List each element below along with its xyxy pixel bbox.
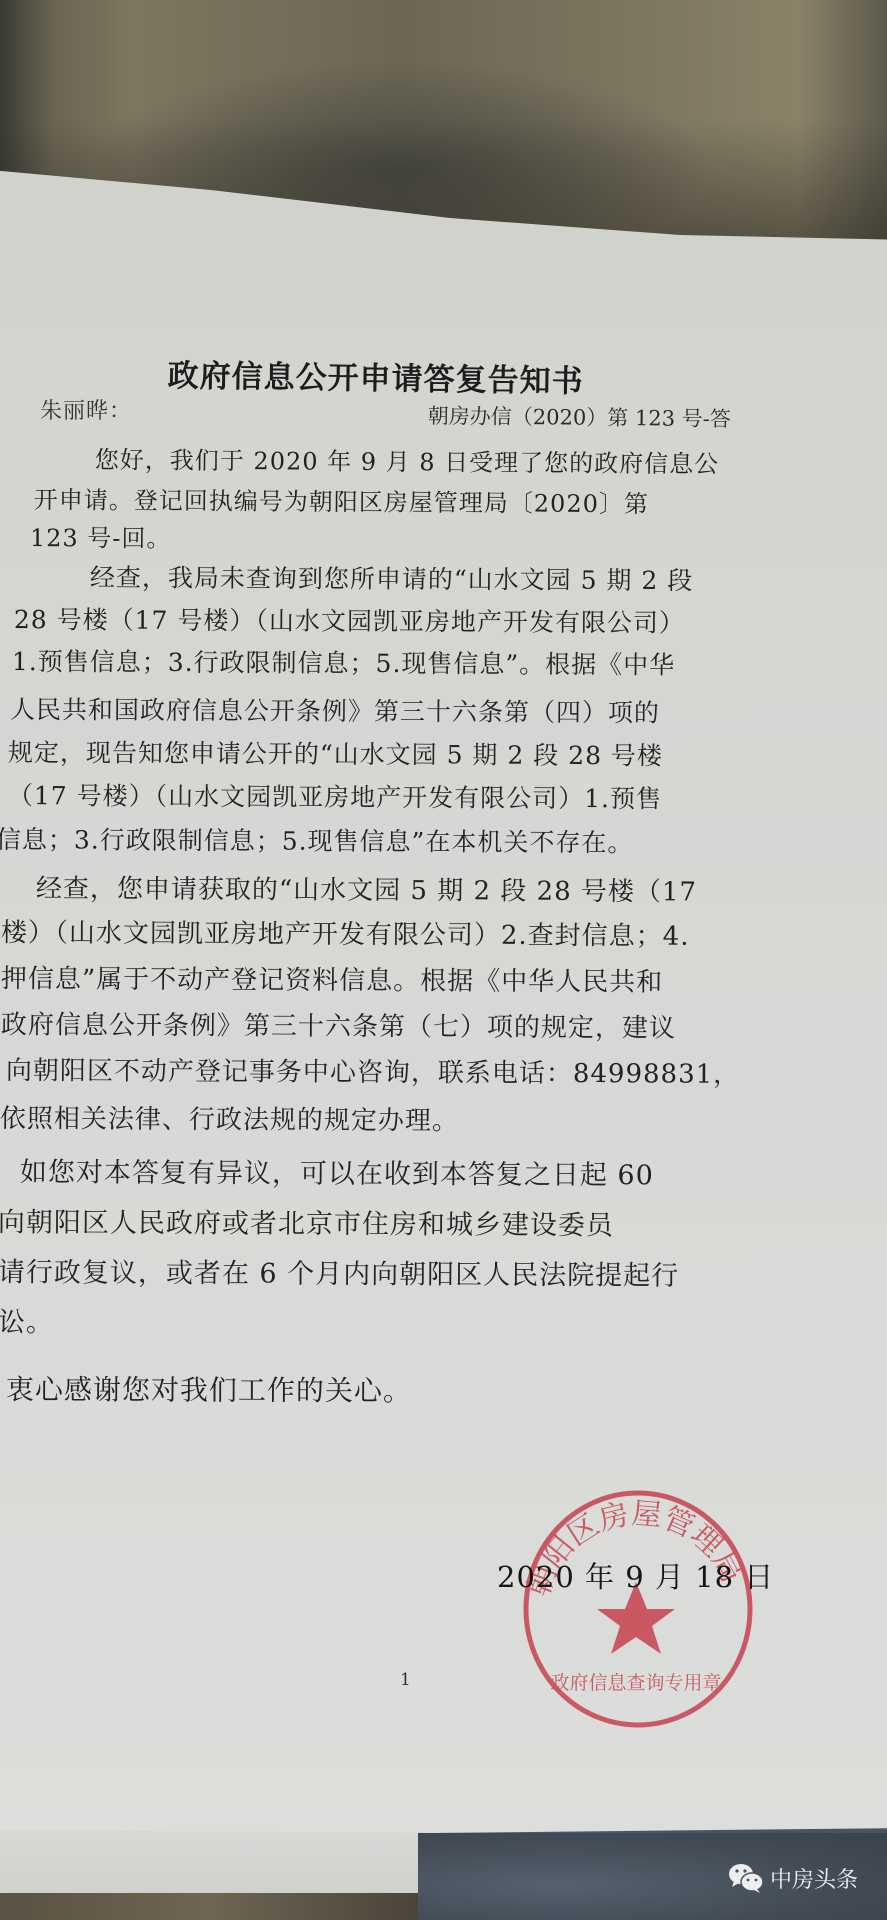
body-line: 1.预售信息；3.行政限制信息；5.现售信息”。根据《中华 <box>12 642 676 681</box>
body-line: 国政府信息公开条例》第三十六条第（七）项的规定，建议 <box>0 1004 676 1045</box>
document-date: 2020 年 9 月 18 日 <box>497 1555 774 1596</box>
seal-bottom-text: 政府信息查询专用章 <box>550 1672 721 1694</box>
body-line: 123 号-回。 <box>30 518 172 554</box>
body-line: 经查，我局未查询到您所申请的“山水文园 5 期 2 段 <box>90 558 694 597</box>
watermark-label: 中房头条 <box>770 1863 858 1894</box>
body-line: 申请行政复议，或者在 6 个月内向朝阳区人民法院提起行 <box>0 1250 679 1293</box>
wechat-icon <box>728 1862 764 1894</box>
body-line: 人民共和国政府信息公开条例》第三十六条第（四）项的 <box>10 690 660 729</box>
body-line: 内向朝阳区人民政府或者北京市住房和城乡建设委员 <box>0 1200 614 1242</box>
body-line: 号楼）（山水文园凯亚房地产开发有限公司）2.查封信息；4. <box>0 912 690 953</box>
body-line: 抵押信息”属于不动产登记资料信息。根据《中华人民共和 <box>0 958 663 999</box>
watermark: 中房头条 <box>728 1862 858 1894</box>
body-line: （17 号楼）（山水文园凯亚房地产开发有限公司）1.预售 <box>8 776 662 815</box>
document-content: 政府信息公开申请答复告知书 朝房办信（2020）第 123 号-答 朱丽晔： 您… <box>0 0 887 1920</box>
document-number: 朝房办信（2020）第 123 号-答 <box>428 400 731 433</box>
page-number: 1 <box>400 1670 411 1690</box>
body-line: 您好，我们于 2020 年 9 月 8 日受理了您的政府信息公 <box>95 440 720 479</box>
official-seal: 朝阳区房屋管理局 政府信息查询专用章 <box>516 1487 756 1732</box>
body-line: 28 号楼（17 号楼）（山水文园凯亚房地产开发有限公司） <box>14 600 685 640</box>
salutation: 朱丽晔： <box>40 394 132 425</box>
body-line: 向朝阳区不动产登记事务中心咨询，联系电话：84998831， <box>6 1050 741 1091</box>
document-title: 政府信息公开申请答复告知书 <box>167 350 584 401</box>
body-line: 规定，现告知您申请公开的“山水文园 5 期 2 段 28 号楼 <box>8 733 663 772</box>
body-line: 依照相关法律、行政法规的规定办理。 <box>0 1098 459 1137</box>
body-line: 开申请。登记回执编号为朝阳区房屋管理局〔2020〕第 <box>34 480 649 519</box>
closing-line: 衷心感谢您对我们工作的关心。 <box>6 1368 412 1409</box>
body-line: 经查，您申请获取的“山水文园 5 期 2 段 28 号楼（17 <box>36 868 697 908</box>
body-line: 如您对本答复有异议，可以在收到本答复之日起 60 <box>20 1150 654 1192</box>
body-line: 信息；3.行政限制信息；5.现售信息”在本机关不存在。 <box>0 820 633 859</box>
body-line: 诉讼。 <box>0 1300 54 1339</box>
